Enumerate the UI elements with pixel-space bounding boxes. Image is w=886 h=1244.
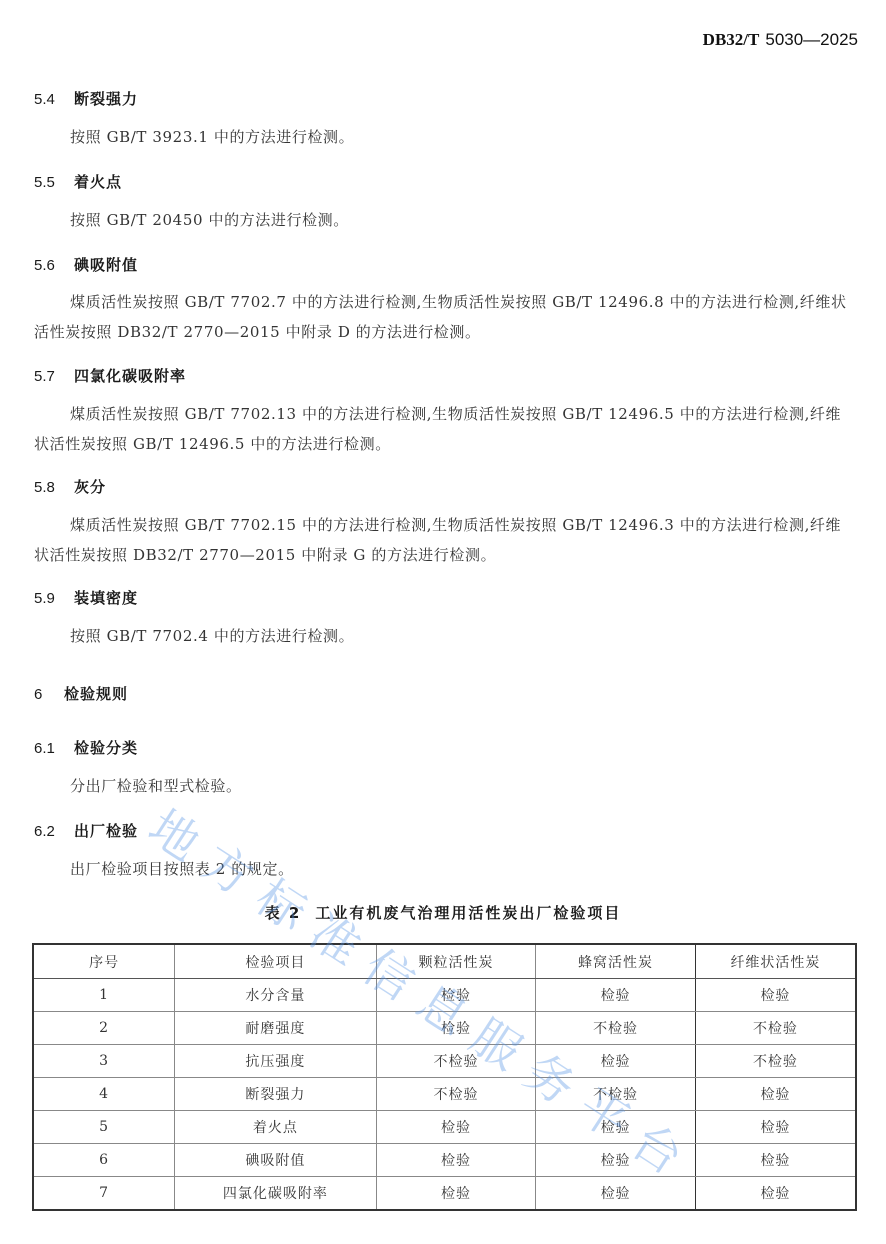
header-granular: 颗粒活性炭 [376,944,536,979]
standard-code: DB32/T5030—2025 [703,30,858,50]
table-title: 工业有机废气治理用活性炭出厂检验项目 [315,904,621,922]
cell-honeycomb: 检验 [536,1177,696,1211]
cell-honeycomb: 不检验 [536,1012,696,1045]
table-row: 5 着火点 检验 检验 检验 [33,1111,856,1144]
cell-item: 断裂强力 [175,1078,377,1111]
section-heading-5-6: 5.6碘吸附值 [34,254,138,275]
section-body-5-5: 按照 GB/T 20450 中的方法进行检测。 [34,205,856,235]
header-honeycomb: 蜂窝活性炭 [536,944,696,979]
table-row: 4 断裂强力 不检验 不检验 检验 [33,1078,856,1111]
cell-granular: 检验 [376,1177,536,1211]
inspection-items-table: 序号 检验项目 颗粒活性炭 蜂窝活性炭 纤维状活性炭 1 水分含量 检验 检验 … [32,943,857,1211]
cell-granular: 检验 [376,1144,536,1177]
cell-index: 5 [33,1111,175,1144]
header-item: 检验项目 [175,944,377,979]
table-header-row: 序号 检验项目 颗粒活性炭 蜂窝活性炭 纤维状活性炭 [33,944,856,979]
cell-index: 7 [33,1177,175,1211]
table-caption: 表 2工业有机废气治理用活性炭出厂检验项目 [0,902,886,923]
standard-prefix: DB32/T [703,30,760,49]
chapter-heading-6: 6检验规则 [34,683,128,704]
cell-granular: 检验 [376,1012,536,1045]
table-label: 表 2 [265,904,302,922]
section-body-6-2: 出厂检验项目按照表 2 的规定。 [34,854,856,884]
header-index: 序号 [33,944,175,979]
table-row: 3 抗压强度 不检验 检验 不检验 [33,1045,856,1078]
section-body-5-4: 按照 GB/T 3923.1 中的方法进行检测。 [34,122,856,152]
cell-item: 碘吸附值 [175,1144,377,1177]
cell-index: 6 [33,1144,175,1177]
section-body-5-8: 煤质活性炭按照 GB/T 7702.15 中的方法进行检测,生物质活性炭按照 G… [34,510,856,570]
cell-granular: 检验 [376,1111,536,1144]
cell-fibrous: 检验 [695,1078,856,1111]
section-heading-5-8: 5.8灰分 [34,476,106,497]
section-heading-6-2: 6.2出厂检验 [34,820,138,841]
cell-granular: 不检验 [376,1078,536,1111]
cell-index: 2 [33,1012,175,1045]
section-heading-5-9: 5.9装填密度 [34,587,138,608]
table-row: 7 四氯化碳吸附率 检验 检验 检验 [33,1177,856,1211]
cell-honeycomb: 检验 [536,979,696,1012]
cell-fibrous: 不检验 [695,1012,856,1045]
cell-fibrous: 检验 [695,1177,856,1211]
section-heading-5-5: 5.5着火点 [34,171,122,192]
cell-index: 3 [33,1045,175,1078]
cell-item: 耐磨强度 [175,1012,377,1045]
section-body-5-6: 煤质活性炭按照 GB/T 7702.7 中的方法进行检测,生物质活性炭按照 GB… [34,287,856,347]
cell-granular: 检验 [376,979,536,1012]
cell-honeycomb: 不检验 [536,1078,696,1111]
table-row: 6 碘吸附值 检验 检验 检验 [33,1144,856,1177]
cell-item: 四氯化碳吸附率 [175,1177,377,1211]
cell-granular: 不检验 [376,1045,536,1078]
cell-honeycomb: 检验 [536,1111,696,1144]
cell-index: 4 [33,1078,175,1111]
section-heading-5-7: 5.7四氯化碳吸附率 [34,365,186,386]
cell-item: 着火点 [175,1111,377,1144]
table-row: 2 耐磨强度 检验 不检验 不检验 [33,1012,856,1045]
cell-fibrous: 不检验 [695,1045,856,1078]
section-body-5-7: 煤质活性炭按照 GB/T 7702.13 中的方法进行检测,生物质活性炭按照 G… [34,399,856,459]
table-row: 1 水分含量 检验 检验 检验 [33,979,856,1012]
cell-item: 水分含量 [175,979,377,1012]
standard-number: 5030—2025 [765,30,858,49]
cell-fibrous: 检验 [695,1111,856,1144]
cell-fibrous: 检验 [695,979,856,1012]
header-fibrous: 纤维状活性炭 [695,944,856,979]
section-heading-5-4: 5.4断裂强力 [34,88,138,109]
cell-index: 1 [33,979,175,1012]
cell-honeycomb: 检验 [536,1144,696,1177]
cell-fibrous: 检验 [695,1144,856,1177]
cell-honeycomb: 检验 [536,1045,696,1078]
cell-item: 抗压强度 [175,1045,377,1078]
section-body-6-1: 分出厂检验和型式检验。 [34,771,856,801]
section-heading-6-1: 6.1检验分类 [34,737,138,758]
section-body-5-9: 按照 GB/T 7702.4 中的方法进行检测。 [34,621,856,651]
